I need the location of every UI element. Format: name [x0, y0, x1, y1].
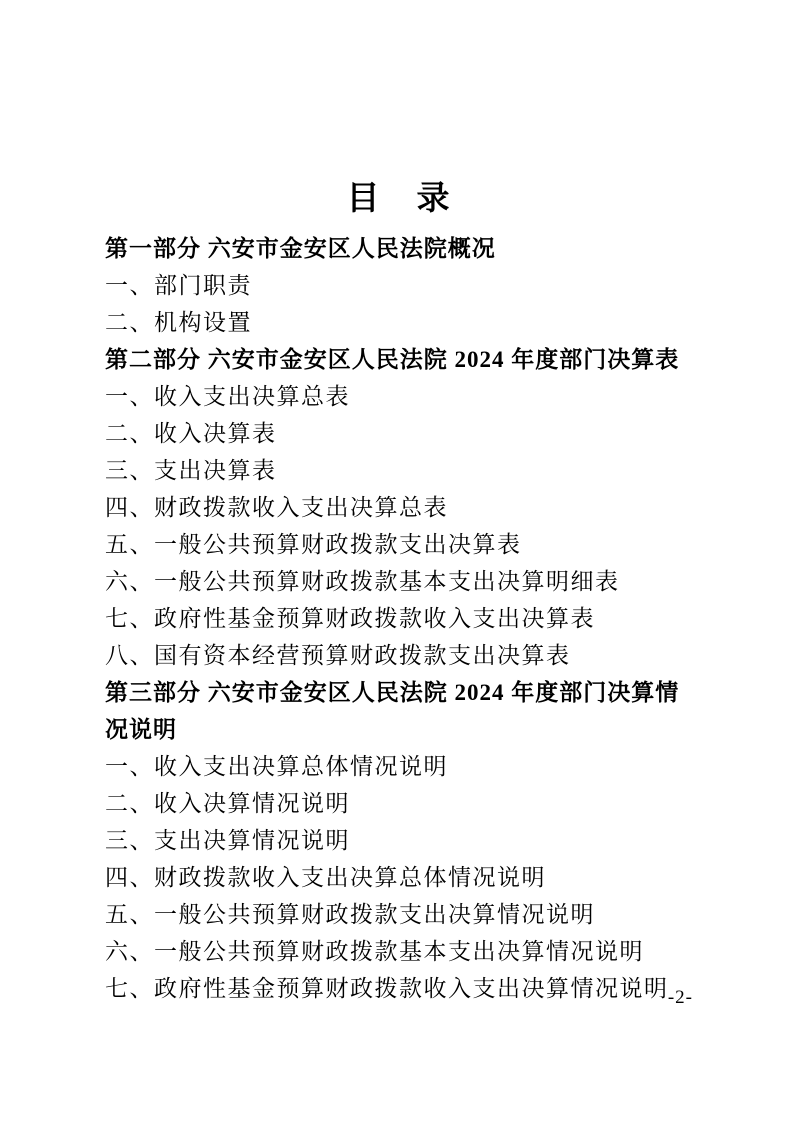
- page-title: 目 录: [105, 181, 693, 217]
- toc-item: 三、支出决算表: [105, 452, 693, 489]
- toc-part-2: 第二部分 六安市金安区人民法院 2024 年度部门决算表 一、收入支出决算总表 …: [105, 341, 693, 674]
- toc-content: 目 录 第一部分 六安市金安区人民法院概况 一、部门职责 二、机构设置 第二部分…: [0, 0, 793, 1007]
- toc-item: 五、一般公共预算财政拨款支出决算表: [105, 526, 693, 563]
- part3-heading-line-2: 况说明: [105, 711, 693, 748]
- part2-heading: 第二部分 六安市金安区人民法院 2024 年度部门决算表: [105, 341, 693, 378]
- document-page: 目 录 第一部分 六安市金安区人民法院概况 一、部门职责 二、机构设置 第二部分…: [0, 0, 793, 1122]
- toc-part-3: 第三部分 六安市金安区人民法院 2024 年度部门决算情 况说明 一、收入支出决…: [105, 674, 693, 1007]
- toc-item: 三、支出决算情况说明: [105, 822, 693, 859]
- toc-item: 四、财政拨款收入支出决算总表: [105, 489, 693, 526]
- toc-item: 八、国有资本经营预算财政拨款支出决算表: [105, 637, 693, 674]
- toc-part-1: 第一部分 六安市金安区人民法院概况 一、部门职责 二、机构设置: [105, 230, 693, 341]
- toc-item: 七、政府性基金预算财政拨款收入支出决算表: [105, 600, 693, 637]
- toc-item: 四、财政拨款收入支出决算总体情况说明: [105, 859, 693, 896]
- toc-item: 六、一般公共预算财政拨款基本支出决算情况说明: [105, 933, 693, 970]
- part1-heading: 第一部分 六安市金安区人民法院概况: [105, 230, 693, 267]
- toc-item: 一、收入支出决算总体情况说明: [105, 748, 693, 785]
- toc-item: 一、部门职责: [105, 267, 693, 304]
- toc-item: 二、收入决算情况说明: [105, 785, 693, 822]
- toc-item: 一、收入支出决算总表: [105, 378, 693, 415]
- page-number: -2-: [668, 985, 693, 1011]
- toc-item: 二、收入决算表: [105, 415, 693, 452]
- toc-item: 七、政府性基金预算财政拨款收入支出决算情况说明: [105, 970, 693, 1007]
- toc-item: 二、机构设置: [105, 304, 693, 341]
- toc-item: 六、一般公共预算财政拨款基本支出决算明细表: [105, 563, 693, 600]
- toc-item: 五、一般公共预算财政拨款支出决算情况说明: [105, 896, 693, 933]
- part3-heading-line-1: 第三部分 六安市金安区人民法院 2024 年度部门决算情: [105, 674, 693, 711]
